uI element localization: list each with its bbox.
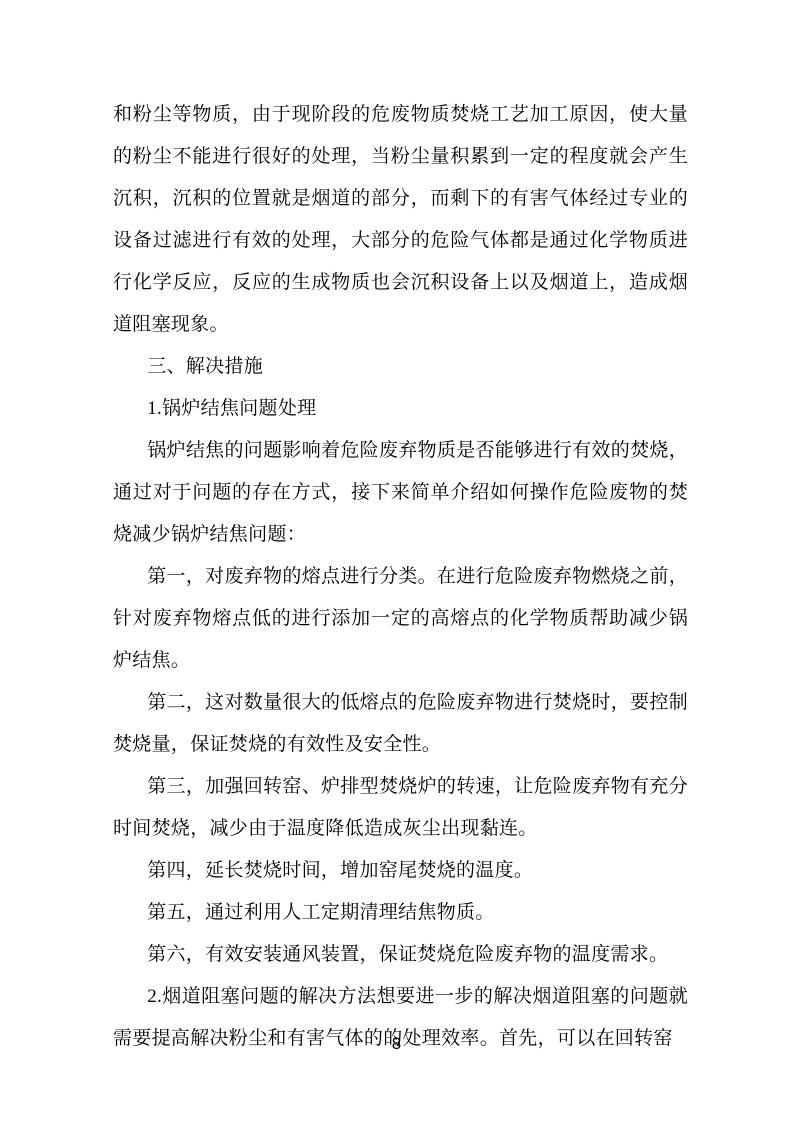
body-paragraph-item-5: 第五，通过利用人工定期清理结焦物质。 bbox=[113, 892, 688, 934]
body-paragraph: 锅炉结焦的问题影响着危险废弃物质是否能够进行有效的焚烧，通过对于问题的存在方式，… bbox=[113, 430, 688, 556]
page-number: 8 bbox=[0, 1033, 793, 1055]
body-paragraph-continuation: 和粉尘等物质，由于现阶段的危废物质焚烧工艺加工原因，使大量的粉尘不能进行很好的处… bbox=[113, 94, 688, 346]
body-paragraph-item-6: 第六，有效安装通风装置，保证焚烧危险废弃物的温度需求。 bbox=[113, 934, 688, 976]
document-body: 和粉尘等物质，由于现阶段的危废物质焚烧工艺加工原因，使大量的粉尘不能进行很好的处… bbox=[113, 94, 688, 1060]
subsection-heading-1: 1.锅炉结焦问题处理 bbox=[113, 388, 688, 430]
document-page: 和粉尘等物质，由于现阶段的危废物质焚烧工艺加工原因，使大量的粉尘不能进行很好的处… bbox=[0, 0, 793, 1122]
body-paragraph-item-3: 第三，加强回转窑、炉排型焚烧炉的转速，让危险废弃物有充分时间焚烧，减少由于温度降… bbox=[113, 766, 688, 850]
body-paragraph-item-1: 第一，对废弃物的熔点进行分类。在进行危险废弃物燃烧之前，针对废弃物熔点低的进行添… bbox=[113, 556, 688, 682]
section-heading: 三、解决措施 bbox=[113, 346, 688, 388]
body-paragraph-item-2: 第二，这对数量很大的低熔点的危险废弃物进行焚烧时，要控制焚烧量，保证焚烧的有效性… bbox=[113, 682, 688, 766]
body-paragraph-item-4: 第四，延长焚烧时间，增加窑尾焚烧的温度。 bbox=[113, 850, 688, 892]
